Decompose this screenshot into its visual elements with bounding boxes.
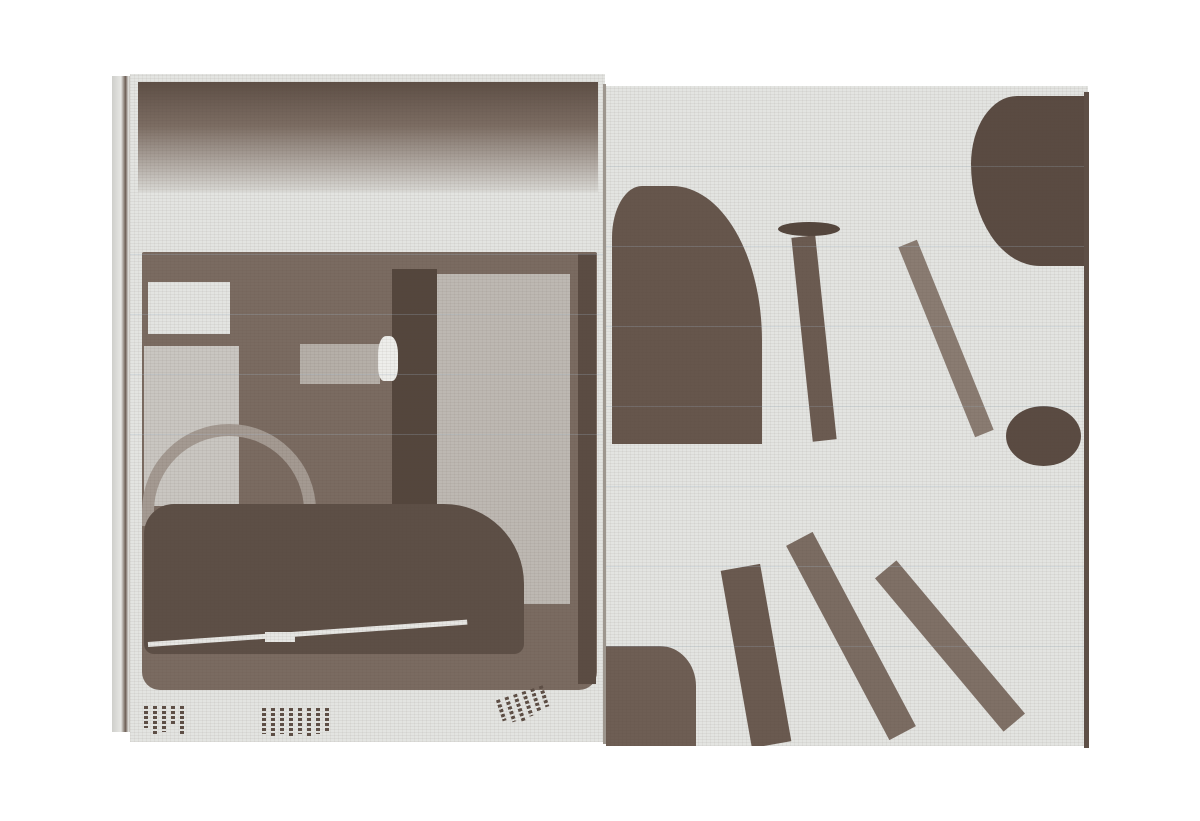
foliage-top-right bbox=[971, 96, 1086, 266]
windshield-right-edge bbox=[578, 254, 596, 684]
wiper-mount bbox=[265, 632, 295, 642]
tire-track-left bbox=[791, 235, 836, 441]
bottom-left-shade bbox=[606, 646, 696, 746]
lower-track-1 bbox=[721, 564, 792, 746]
dark-spot bbox=[778, 222, 840, 236]
open-book-spread bbox=[0, 0, 1200, 821]
caption-group-3 bbox=[496, 685, 553, 732]
right-page-edge bbox=[1084, 92, 1089, 748]
caption-group-1 bbox=[144, 706, 184, 736]
right-page bbox=[606, 86, 1088, 746]
tire-track-right bbox=[898, 240, 993, 438]
building-window bbox=[148, 282, 230, 334]
foliage-bottom-right bbox=[1006, 406, 1081, 466]
caption-group-2 bbox=[262, 708, 329, 738]
left-page bbox=[130, 74, 605, 742]
windshield-top-shade bbox=[138, 82, 598, 192]
central-light-area bbox=[300, 344, 380, 384]
